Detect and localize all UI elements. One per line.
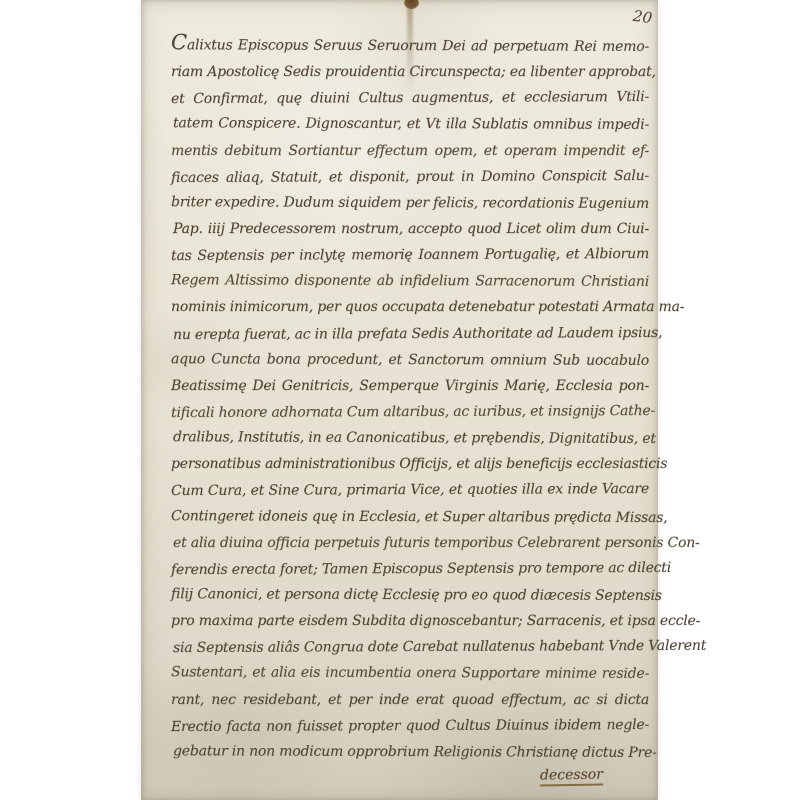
manuscript-page: 20 Calixtus Episcopus Seruus Seruorum De…: [141, 0, 658, 800]
manuscript-line: tas Septensis per inclytę memorię Ioanne…: [171, 241, 649, 269]
folio-number: 20: [632, 7, 653, 27]
manuscript-line: pro maxima parte eisdem Subdita dignosce…: [171, 608, 649, 634]
manuscript-line: briter expedire. Dudum siquidem per feli…: [171, 189, 649, 217]
manuscript-line: dralibus, Institutis, in ea Canonicatibu…: [171, 424, 649, 452]
photo-background: 20 Calixtus Episcopus Seruus Seruorum De…: [0, 0, 800, 800]
manuscript-line: sia Septensis aliâs Congrua dote Carebat…: [171, 633, 649, 661]
manuscript-line: Cum Cura, et Sine Cura, primaria Vice, e…: [171, 476, 649, 504]
manuscript-line: tatem Conspicere. Dignoscantur, et Vt il…: [171, 111, 649, 139]
manuscript-line: Sustentari, et alia eis incumbentia oner…: [171, 660, 649, 688]
manuscript-line: ficaces aliaq, Statuit, et disponit, pro…: [171, 163, 649, 191]
manuscript-line: Pap. iiij Predecessorem nostrum, accepto…: [171, 216, 649, 242]
manuscript-line: nu erepta fuerat, ac in illa prefata Sed…: [171, 320, 649, 348]
manuscript-line: Erectio facta non fuisset propter quod C…: [171, 712, 649, 740]
manuscript-line: gebatur in non modicum opprobrium Religi…: [171, 738, 649, 766]
manuscript-line: rant, nec residebant, et per inde erat q…: [171, 687, 649, 713]
manuscript-line: mentis debitum Sortiantur effectum opem,…: [171, 138, 649, 164]
manuscript-line: Beatissimę Dei Genitricis, Semperque Vir…: [171, 373, 649, 399]
manuscript-line: filij Canonici, et persona dictę Ecclesi…: [171, 581, 649, 609]
manuscript-line: nominis inimicorum, per quos occupata de…: [171, 294, 649, 320]
manuscript-line: Calixtus Episcopus Seruus Seruorum Dei a…: [171, 32, 649, 60]
manuscript-line: tificali honore adhornata Cum altaribus,…: [171, 398, 649, 426]
manuscript-line: et Confirmat, quę diuini Cultus augmentu…: [171, 84, 649, 112]
manuscript-line: Regem Altissimo disponente ab infidelium…: [171, 267, 649, 295]
manuscript-line: riam Apostolicę Sedis prouidentia Circun…: [171, 59, 649, 85]
manuscript-line: aquo Cuncta bona procedunt, et Sanctorum…: [171, 346, 649, 374]
manuscript-text-block: Calixtus Episcopus Seruus Seruorum Dei a…: [171, 33, 649, 765]
manuscript-line: Contingeret idoneis quę in Ecclesia, et …: [171, 503, 649, 531]
manuscript-line: et alia diuina officia perpetuis futuris…: [171, 530, 649, 556]
catchword: decessor: [540, 766, 603, 786]
manuscript-line: personatibus administrationibus Officijs…: [171, 451, 649, 477]
manuscript-line: ferendis erecta foret; Tamen Episcopus S…: [171, 555, 649, 583]
